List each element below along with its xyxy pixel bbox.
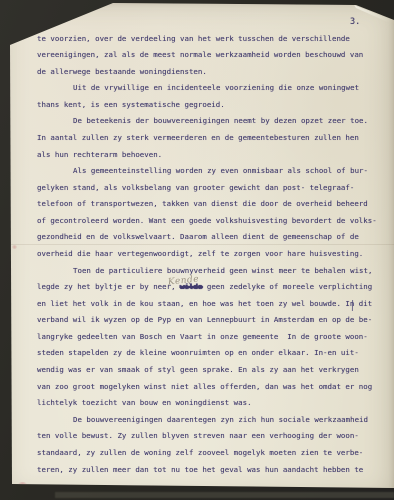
text-line-with-correction: legde zy het byltje er by neer, wilde ge… — [37, 279, 382, 296]
paper-stain — [12, 245, 17, 249]
text-segment: geen zedelyke of moreele verplichting — [202, 282, 372, 291]
text-line: vereenigingen, zal als de meest normale … — [37, 47, 382, 64]
text-line: De bouwvereenigingen daarentegen zyn zic… — [37, 412, 382, 429]
page-number: 3. — [350, 17, 360, 27]
text-segment: legde zy het byltje er by neer, — [37, 282, 180, 291]
text-line: als hun rechterarm behoeven. — [37, 147, 382, 164]
text-line: Toen de particuliere bouwnyverheid geen … — [37, 263, 382, 280]
text-line: overheid die haar vertegenwoordigt, zelf… — [37, 246, 382, 263]
text-line: langryke gedeelten van Bosch en Vaart in… — [37, 329, 382, 346]
document-page: 3. te voorzien, over de verdeeling van h… — [0, 0, 394, 500]
text-line: In aantal zullen zy sterk vermeerderen e… — [37, 130, 382, 147]
paper-stain — [18, 482, 27, 487]
photo-background: { "page": { "number": "3.", "annotation"… — [0, 0, 394, 500]
typewritten-text-block: te voorzien, over de verdeeling van het … — [37, 31, 382, 479]
text-line: te voorzien, over de verdeeling van het … — [37, 31, 382, 48]
text-line: teren, zy zullen meer dan tot nu toe het… — [37, 462, 382, 479]
text-line: standaard, zy zullen de woning zelf zoov… — [37, 445, 382, 462]
table-edge-strip — [55, 492, 394, 498]
text-line: steden stapelden zy de kleine woonruimte… — [37, 345, 382, 362]
text-line: gelyken stand, als volksbelang van groot… — [37, 180, 382, 197]
text-line: De beteekenis der bouwvereenigingen neem… — [37, 113, 382, 130]
text-line: ten volle bewust. Zy zullen blyven strev… — [37, 428, 382, 445]
text-line: de allerwege bestaande woningdiensten. — [37, 64, 382, 81]
text-line: Uit de vrywillige en incidenteele voorzi… — [37, 80, 382, 97]
text-line: lichtelyk toezicht van bouw en woningdie… — [37, 395, 382, 412]
inserted-mark — [352, 300, 353, 311]
text-line: verband wil ik wyzen op de Pyp en van Le… — [37, 312, 382, 329]
text-line: of gecontroleerd worden. Want een goede … — [37, 213, 382, 230]
text-line: wendig was er van smaak of styl geen spr… — [37, 362, 382, 379]
text-line: van zoo groot mogelyken winst niet alles… — [37, 379, 382, 396]
text-line: en liet het volk in de kou staan, en hoe… — [37, 296, 382, 313]
text-line: gezondheid en de volkswelvaart. Daarom a… — [37, 229, 382, 246]
text-line: Als gemeenteinstelling worden zy even on… — [37, 163, 382, 180]
text-line: thans kent, is een systematische gegroei… — [37, 97, 382, 114]
text-line: telefoon of transportwezen, takken van d… — [37, 196, 382, 213]
